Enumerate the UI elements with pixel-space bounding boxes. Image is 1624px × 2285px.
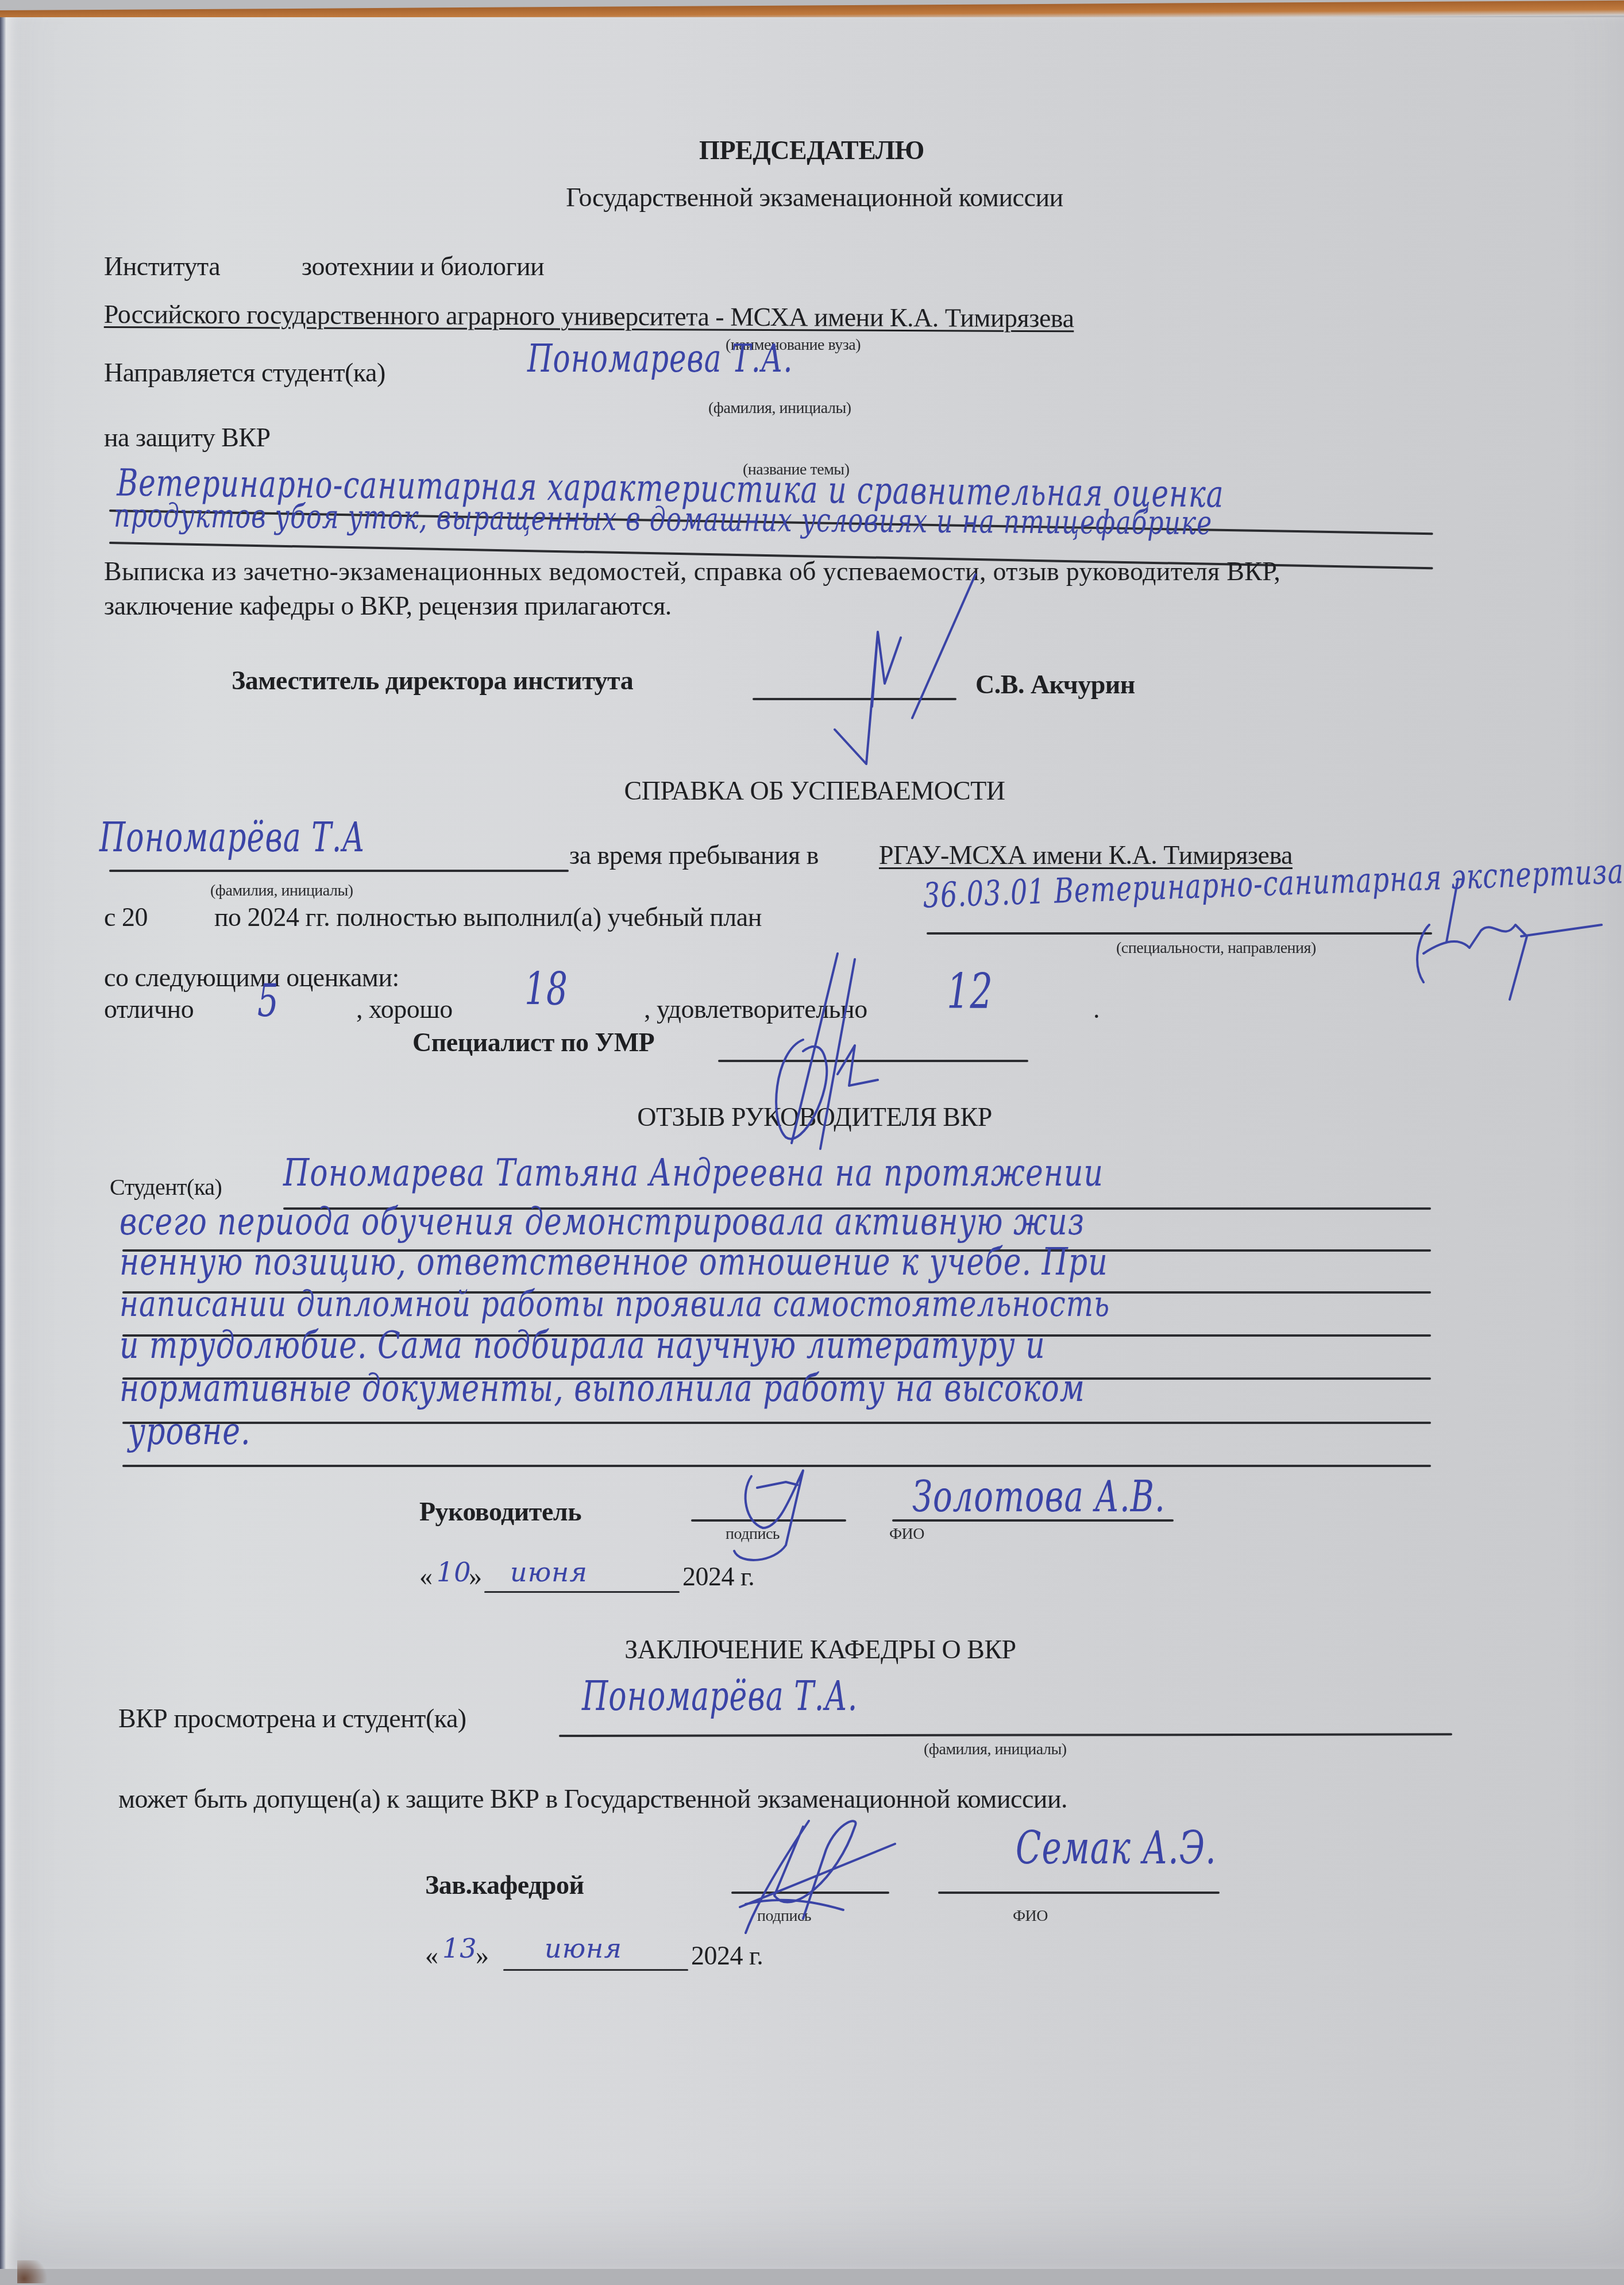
specialty-caption: (специальности, направления) bbox=[1116, 939, 1316, 958]
specialist-signature-line bbox=[718, 1060, 1028, 1062]
department-head-name-caption: ФИО bbox=[1013, 1907, 1048, 1925]
deputy-signature-line bbox=[753, 698, 956, 700]
progress-report-title: СПРАВКА ОБ УСПЕВАЕМОСТИ bbox=[624, 775, 1005, 806]
supervisor-signature-line bbox=[691, 1519, 846, 1522]
deputy-role: Заместитель директора института bbox=[232, 665, 633, 696]
review-student-label: Студент(ка) bbox=[110, 1174, 222, 1201]
progress-student-caption: (фамилия, инициалы) bbox=[210, 882, 353, 900]
grades-end: . bbox=[1093, 994, 1100, 1024]
review-line-3: ненную позицию, ответственное отношение … bbox=[119, 1241, 1108, 1284]
grade-excellent-label: отлично bbox=[104, 994, 194, 1024]
department-date-close: » bbox=[476, 1940, 489, 1971]
grade-good-count: 18 bbox=[524, 963, 568, 1016]
supervisor-date-month-line bbox=[484, 1591, 680, 1593]
attachments-line-1: Выписка из зачетно-экзаменационных ведом… bbox=[104, 556, 1280, 586]
specialist-role: Специалист по УМР bbox=[412, 1027, 654, 1057]
supervisor-review-title: ОТЗЫВ РУКОВОДИТЕЛЯ ВКР bbox=[637, 1102, 992, 1132]
addressee-title: ПРЕДСЕДАТЕЛЮ bbox=[699, 135, 924, 165]
department-head-signature-icon bbox=[723, 1809, 918, 1942]
supervisor-name-caption: ФИО bbox=[889, 1525, 924, 1543]
student-sent-caption: (фамилия, инициалы) bbox=[708, 399, 851, 418]
supervisor-date-close: » bbox=[469, 1561, 482, 1592]
period-text: по 2024 гг. полностью выполнил(а) учебны… bbox=[214, 902, 762, 932]
grades-label: со следующими оценками: bbox=[104, 962, 399, 993]
supervisor-signature-caption: подпись bbox=[726, 1525, 780, 1543]
department-conclusion-title: ЗАКЛЮЧЕНИЕ КАФЕДРЫ О ВКР bbox=[624, 1634, 1016, 1665]
review-line-6: нормативные документы, выполнила работу … bbox=[119, 1367, 1085, 1410]
student-sent-label: Направляется студент(ка) bbox=[104, 357, 385, 388]
university-name: Российского государственного аграрного у… bbox=[104, 299, 1074, 333]
department-student-name: Пономарёва Т.А. bbox=[582, 1674, 858, 1720]
reviewed-label: ВКР просмотрена и студент(ка) bbox=[118, 1703, 466, 1734]
supervisor-date-open: « bbox=[419, 1561, 433, 1592]
institute-value: зоотехнии и биологии bbox=[302, 251, 544, 281]
review-line-7: уровне. bbox=[128, 1410, 251, 1453]
review-underline-6 bbox=[122, 1422, 1431, 1424]
supervisor-signature-icon bbox=[717, 1459, 832, 1568]
grade-good-label: , хорошо bbox=[356, 994, 453, 1024]
department-student-caption: (фамилия, инициалы) bbox=[924, 1740, 1067, 1759]
department-head-role: Зав.кафедрой bbox=[425, 1870, 584, 1900]
period-from: с 20 bbox=[104, 902, 148, 932]
review-line-5: и трудолюбие. Сама подбирала научную лит… bbox=[119, 1324, 1046, 1367]
review-line-4: написании дипломной работы проявила само… bbox=[119, 1283, 1110, 1325]
department-date-day: 13 bbox=[442, 1933, 477, 1964]
grade-excellent-count: 5 bbox=[257, 974, 279, 1027]
department-head-name: Семак А.Э. bbox=[1016, 1821, 1217, 1874]
review-line-1: Пономарева Татьяна Андреевна на протяжен… bbox=[283, 1152, 1104, 1195]
department-head-name-line bbox=[938, 1892, 1220, 1894]
admission-text: может быть допущен(а) к защите ВКР в Гос… bbox=[118, 1784, 1067, 1814]
specialty-underline bbox=[927, 932, 1432, 935]
student-sent-name: Пономарева Т.А. bbox=[527, 336, 793, 381]
photo-background-bottom bbox=[0, 2269, 1624, 2285]
progress-student-name: Пономарёва Т.А bbox=[99, 815, 365, 862]
department-head-signature-caption: подпись bbox=[757, 1907, 811, 1925]
page-corner-shadow bbox=[17, 2260, 52, 2283]
document-page: ПРЕДСЕДАТЕЛЮ Государственной экзаменацио… bbox=[5, 17, 1624, 2269]
review-underline-7 bbox=[122, 1465, 1431, 1467]
department-date-month: июня bbox=[545, 1933, 622, 1964]
defense-label: на защиту ВКР bbox=[104, 422, 271, 453]
supervisor-name: Золотова А.В. bbox=[912, 1472, 1166, 1522]
review-line-2: всего периода обучения демонстрировала а… bbox=[119, 1201, 1085, 1244]
department-date-year: 2024 г. bbox=[691, 1940, 763, 1971]
department-student-underline bbox=[559, 1733, 1452, 1737]
progress-student-underline bbox=[109, 870, 569, 872]
during-stay-label: за время пребывания в bbox=[569, 840, 819, 870]
topic-line-2: продуктов убоя уток, выращенных в домашн… bbox=[114, 497, 1212, 543]
grade-satisfactory-count: 12 bbox=[947, 963, 993, 1020]
department-head-signature-line bbox=[731, 1892, 889, 1894]
deputy-signature-icon bbox=[734, 569, 1010, 781]
grade-satisfactory-label: , удовлетворительно bbox=[644, 994, 867, 1024]
department-date-month-line bbox=[503, 1969, 688, 1971]
supervisor-date-month: июня bbox=[510, 1557, 588, 1588]
institute-label: Института bbox=[104, 251, 220, 281]
supervisor-date-year: 2024 г. bbox=[682, 1561, 754, 1592]
page-left-edge bbox=[0, 17, 6, 2280]
deputy-name: С.В. Акчурин bbox=[975, 669, 1135, 700]
supervisor-date-day: 10 bbox=[437, 1557, 472, 1588]
department-date-open: « bbox=[425, 1940, 438, 1971]
commission-title: Государственной экзаменационной комиссии bbox=[566, 182, 1063, 213]
supervisor-role: Руководитель bbox=[419, 1496, 581, 1527]
attachments-line-2: заключение кафедры о ВКР, рецензия прила… bbox=[104, 590, 672, 621]
